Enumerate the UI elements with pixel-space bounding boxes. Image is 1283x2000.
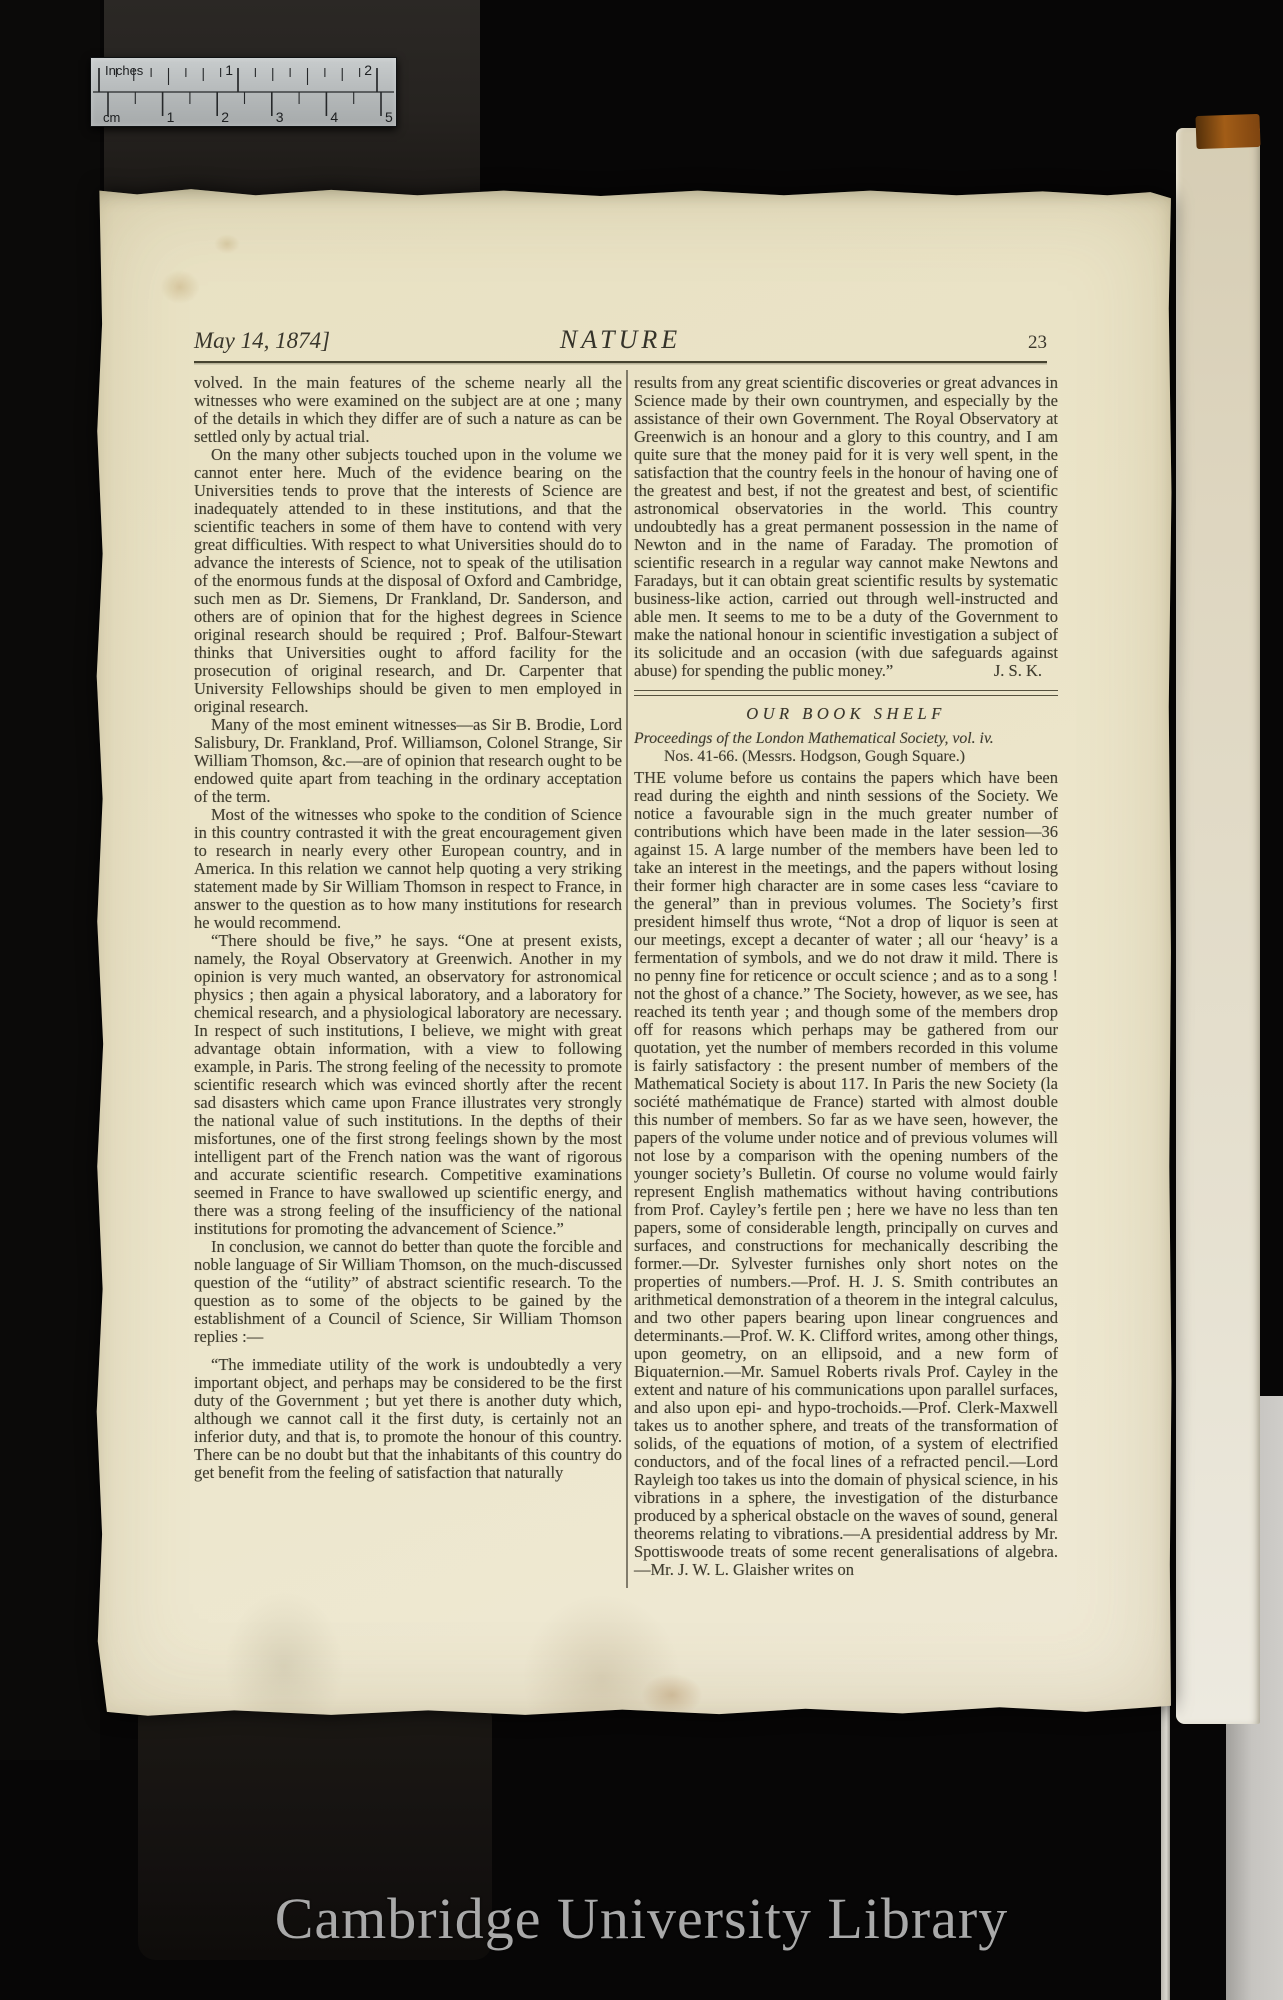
- header-rule: [194, 361, 1047, 363]
- library-watermark: Cambridge University Library: [0, 1885, 1283, 1952]
- svg-text:cm: cm: [103, 110, 120, 125]
- article-paragraph: In conclusion, we cannot do better than …: [194, 1238, 622, 1346]
- book-cover-edge: [1195, 114, 1260, 149]
- page-number: 23: [1028, 332, 1047, 354]
- svg-text:Inches: Inches: [105, 63, 144, 78]
- paper-stain: [160, 270, 200, 304]
- svg-text:5: 5: [385, 109, 393, 125]
- article-paragraph: “There should be five,” he says. “One at…: [194, 932, 622, 1238]
- book-fore-edge: [1176, 128, 1260, 1724]
- paper-stain: [522, 1594, 682, 1764]
- svg-text:2: 2: [364, 62, 372, 78]
- page-paper: May 14, 1874] NATURE 23 volved. In the m…: [94, 186, 1172, 1718]
- journal-title: NATURE: [194, 325, 1047, 355]
- svg-text:2: 2: [221, 109, 229, 125]
- measurement-ruler: Inches12cm12345: [90, 57, 397, 127]
- article-paragraph: Most of the witnesses who spoke to the c…: [194, 806, 622, 932]
- article-paragraph: Many of the most eminent witnesses—as Si…: [194, 716, 622, 806]
- book-citation-title: Proceedings of the London Mathematical S…: [634, 730, 1058, 748]
- photo-scene: Inches12cm12345 May 14, 1874] NATURE 23 …: [0, 0, 1283, 2000]
- page-edge-line: [1161, 1703, 1170, 2000]
- journal-page: May 14, 1874] NATURE 23 volved. In the m…: [94, 186, 1172, 1718]
- column-divider-rule: [626, 370, 628, 1588]
- right-column: results from any great scientific discov…: [634, 374, 1058, 1579]
- article-paragraph: “The immediate utility of the work is un…: [194, 1356, 622, 1482]
- svg-text:1: 1: [225, 62, 233, 78]
- book-review-text: THE volume before us contains the papers…: [634, 769, 1058, 1579]
- section-heading: OUR BOOK SHELF: [634, 705, 1058, 723]
- paper-stain: [642, 1674, 702, 1716]
- svg-text:4: 4: [330, 109, 338, 125]
- svg-text:1: 1: [167, 109, 175, 125]
- section-divider-rule: [634, 690, 1058, 696]
- paper-stain: [214, 234, 240, 254]
- article-paragraph: volved. In the main features of the sche…: [194, 374, 622, 446]
- velvet-background-left: [0, 0, 100, 1760]
- book-citation-imprint: Nos. 41-66. (Messrs. Hodgson, Gough Squa…: [634, 748, 1058, 766]
- svg-text:3: 3: [276, 109, 284, 125]
- article-paragraph: results from any great scientific discov…: [634, 374, 1058, 680]
- left-column: volved. In the main features of the sche…: [194, 374, 622, 1482]
- article-paragraph: On the many other subjects touched upon …: [194, 446, 622, 716]
